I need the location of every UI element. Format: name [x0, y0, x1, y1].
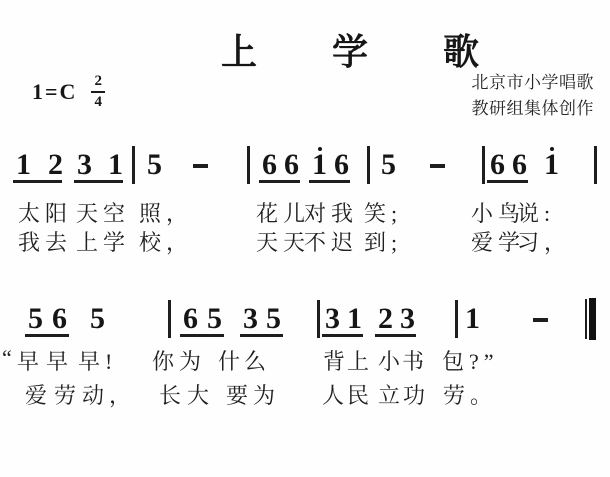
duration-dash — [533, 318, 548, 322]
time-signature: 2 4 — [91, 74, 105, 110]
sheet-music-page: 上 学 歌 1=C 2 4 北京市小学唱歌 教研组集体创作 1231566165… — [0, 0, 610, 477]
lyric-segment: 花儿 — [256, 197, 310, 228]
lyric-segment: 功 — [403, 379, 430, 410]
song-title: 上 学 歌 — [221, 24, 512, 75]
barline — [482, 146, 485, 184]
attribution: 北京市小学唱歌 教研组集体创作 — [472, 70, 595, 122]
lyric-segment: 么 — [244, 345, 271, 376]
lyric-segment: 早 — [46, 345, 73, 376]
lyric-segment: 对我 — [304, 197, 358, 228]
note-digit: 2 — [378, 304, 393, 334]
barline — [594, 146, 597, 184]
lyric-segment: 书 — [402, 345, 429, 376]
lyric-segment: 到; — [364, 226, 402, 257]
lyric-segment: 长 — [159, 379, 186, 410]
note-digit: 3 — [243, 304, 258, 334]
lyric-segment: 上 — [347, 345, 374, 376]
note-digit: 2 — [48, 150, 63, 180]
note-digit: 5 — [90, 304, 105, 334]
lyric-segment: 动， — [82, 379, 136, 410]
lyric-segment: 上学 — [76, 226, 130, 257]
time-signature-upper: 2 — [91, 74, 105, 93]
barline — [455, 300, 458, 338]
lyric-segment: 立 — [378, 379, 405, 410]
duration-dash — [430, 164, 445, 168]
note-digit: 5 — [207, 304, 222, 334]
lyric-segment: “ — [2, 345, 17, 371]
note-digit: 3 — [325, 304, 340, 334]
note-digit: 5 — [266, 304, 281, 334]
note-digit: 1 — [347, 304, 362, 334]
note-digit: 6 — [52, 304, 67, 334]
duration-dash — [193, 164, 208, 168]
lyric-segment: 爱 — [25, 379, 52, 410]
lyric-segment: 校， — [139, 226, 193, 257]
lyric-segment: 说: — [517, 197, 555, 228]
lyric-segment: 不迟 — [304, 226, 358, 257]
attribution-line-2: 教研组集体创作 — [472, 96, 595, 122]
barline — [168, 300, 171, 338]
note-digit: 5 — [381, 150, 396, 180]
lyric-segment: 劳。 — [443, 379, 497, 410]
lyric-segment: 劳 — [54, 379, 81, 410]
final-barline-thick — [589, 298, 596, 340]
lyric-segment: 早 — [17, 345, 44, 376]
lyric-segment: 笑; — [364, 197, 402, 228]
time-signature-lower: 4 — [94, 93, 102, 110]
lyric-segment: 民 — [347, 379, 374, 410]
key-signature: 1=C 2 4 — [32, 74, 105, 110]
final-barline-thin — [585, 299, 587, 339]
lyric-segment: 太阳 — [18, 197, 72, 228]
lyric-segment: 我去 — [18, 226, 72, 257]
barline — [367, 146, 370, 184]
note-digit: 3 — [77, 150, 92, 180]
barline — [132, 146, 135, 184]
attribution-line-1: 北京市小学唱歌 — [472, 70, 595, 96]
note-digit: 1 — [544, 150, 559, 180]
note-digit: 6 — [262, 150, 277, 180]
lyric-segment: 习， — [517, 226, 571, 257]
lyric-segment: 为 — [179, 345, 206, 376]
lyric-segment: 大 — [187, 379, 214, 410]
lyric-segment: 什 — [218, 345, 245, 376]
note-digit: 6 — [334, 150, 349, 180]
note-digit: 6 — [183, 304, 198, 334]
lyric-segment: 包?” — [442, 345, 499, 376]
note-digit: 5 — [28, 304, 43, 334]
barline — [247, 146, 250, 184]
note-digit: 3 — [400, 304, 415, 334]
note-digit: 6 — [512, 150, 527, 180]
lyric-segment: 天空 — [76, 197, 130, 228]
lyric-segment: 天天 — [256, 226, 310, 257]
barline — [317, 300, 320, 338]
note-digit: 5 — [147, 150, 162, 180]
note-digit: 1 — [465, 304, 480, 334]
lyric-segment: 早! — [78, 345, 117, 376]
lyric-segment: 人 — [322, 379, 349, 410]
lyric-segment: 小 — [378, 345, 405, 376]
lyric-segment: 为 — [253, 379, 280, 410]
key-label: 1=C — [32, 79, 77, 105]
lyric-segment: 你 — [152, 345, 179, 376]
note-digit: 1 — [108, 150, 123, 180]
lyric-segment: 要 — [226, 379, 253, 410]
note-digit: 1 — [312, 150, 327, 180]
lyric-segment: 背 — [323, 345, 350, 376]
note-digit: 1 — [16, 150, 31, 180]
lyric-segment: 照， — [139, 197, 193, 228]
note-digit: 6 — [490, 150, 505, 180]
note-digit: 6 — [284, 150, 299, 180]
